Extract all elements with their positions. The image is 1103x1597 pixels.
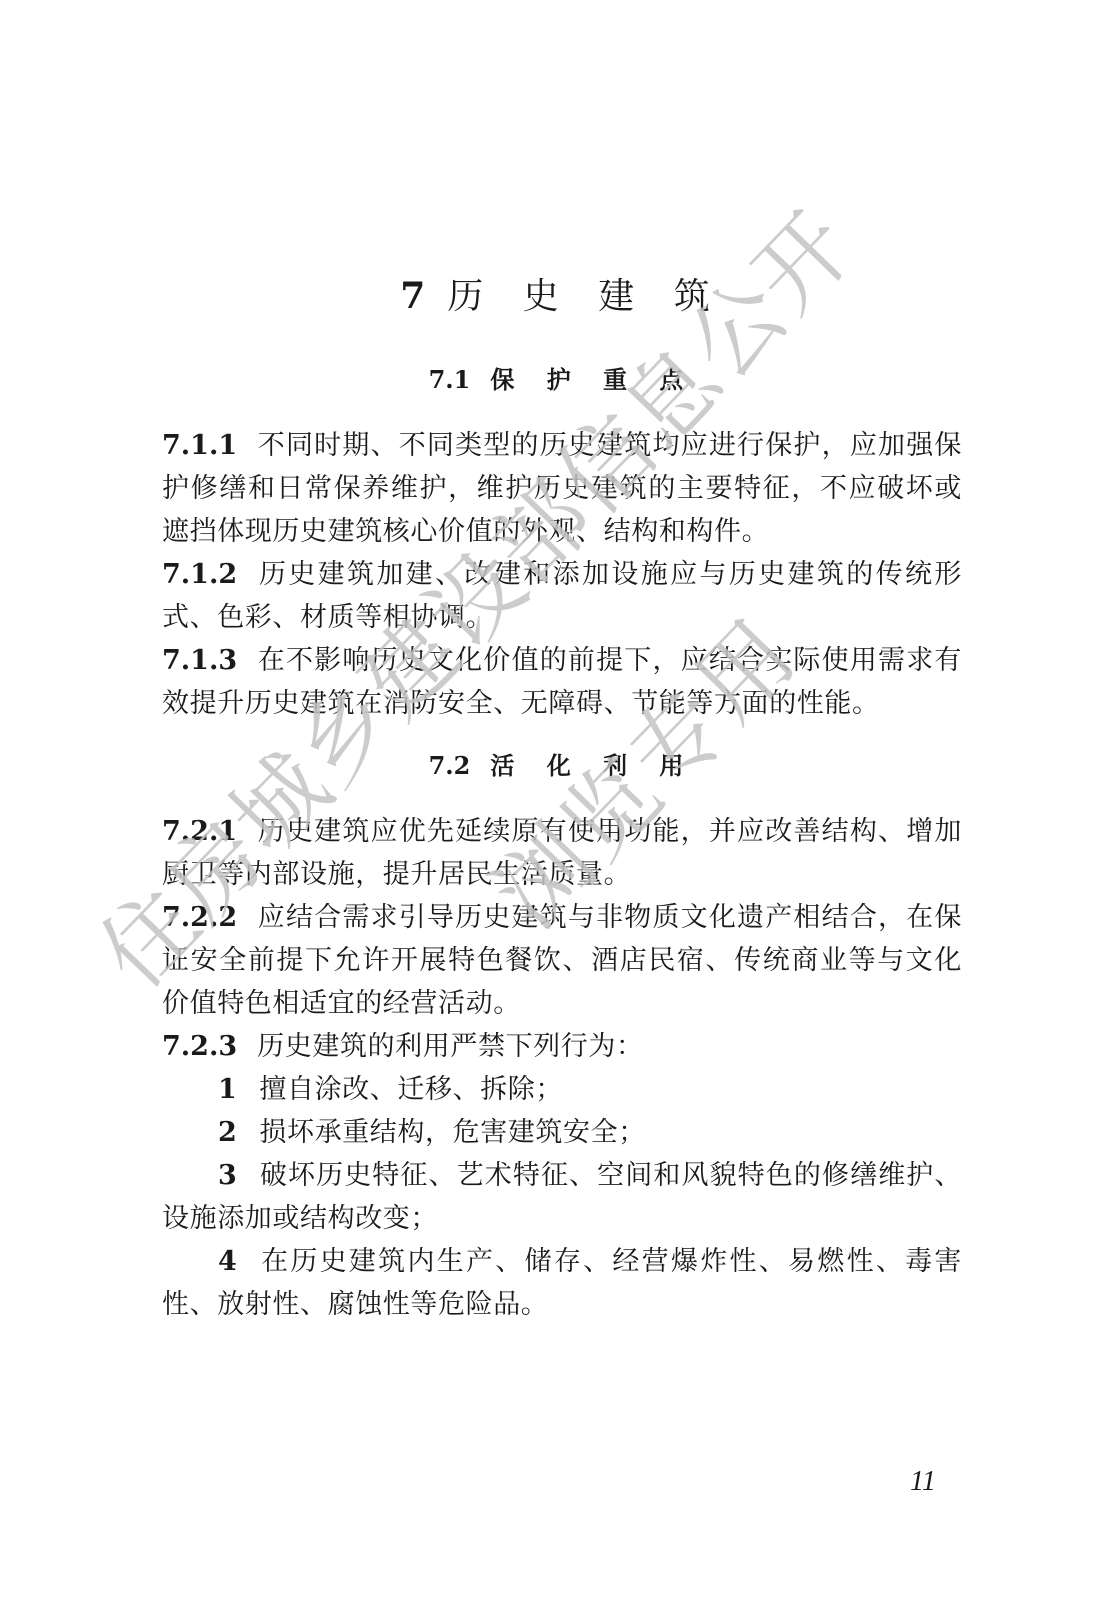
clause-text: 历史建筑加建、改建和添加设施应与历史建筑的传统形式、色彩、材质等相协调。 — [162, 559, 962, 633]
clause-7-1-3: 7.1.3在不影响历史文化价值的前提下，应结合实际使用需求有效提升历史建筑在消防… — [162, 639, 962, 725]
clause-7-1-2: 7.1.2历史建筑加建、改建和添加设施应与历史建筑的传统形式、色彩、材质等相协调… — [162, 553, 962, 639]
section-number: 7.2 — [429, 751, 471, 780]
clause-text: 应结合需求引导历史建筑与非物质文化遗产相结合，在保证安全前提下允许开展特色餐饮、… — [162, 902, 962, 1019]
clause-text: 历史建筑应优先延续原有使用功能，并应改善结构、增加厨卫等内部设施，提升居民生活质… — [162, 816, 962, 890]
section-number: 7.1 — [429, 365, 471, 394]
page-number: 11 — [910, 1466, 936, 1498]
list-item-number: 4 — [218, 1246, 237, 1277]
clause-number: 7.1.3 — [162, 645, 237, 676]
list-item-1: 1擅自涂改、迁移、拆除； — [162, 1068, 962, 1111]
list-item-2: 2损坏承重结构，危害建筑安全； — [162, 1111, 962, 1154]
clause-text: 不同时期、不同类型的历史建筑均应进行保护，应加强保护修缮和日常保养维护，维护历史… — [162, 430, 962, 547]
list-item-number: 1 — [218, 1074, 237, 1105]
list-item-text: 在历史建筑内生产、储存、经营爆炸性、易燃性、毒害性、放射性、腐蚀性等危险品。 — [162, 1246, 962, 1320]
document-page: 7历 史 建 筑 7.1保 护 重 点 7.1.1不同时期、不同类型的历史建筑均… — [0, 0, 1103, 1597]
chapter-title-text: 历 史 建 筑 — [447, 276, 723, 317]
list-item-3: 3破坏历史特征、艺术特征、空间和风貌特色的修缮维护、设施添加或结构改变； — [162, 1154, 962, 1240]
clause-text: 历史建筑的利用严禁下列行为： — [257, 1031, 643, 1062]
clause-7-2-3: 7.2.3历史建筑的利用严禁下列行为： — [162, 1025, 962, 1068]
clause-number: 7.2.2 — [162, 902, 237, 933]
clause-7-2-1: 7.2.1历史建筑应优先延续原有使用功能，并应改善结构、增加厨卫等内部设施，提升… — [162, 810, 962, 896]
list-item-number: 3 — [218, 1160, 237, 1191]
list-item-text: 破坏历史特征、艺术特征、空间和风貌特色的修缮维护、设施添加或结构改变； — [162, 1160, 962, 1234]
section-title-text: 保 护 重 点 — [490, 366, 695, 394]
list-item-text: 擅自涂改、迁移、拆除； — [259, 1074, 563, 1105]
clause-number: 7.1.2 — [162, 559, 237, 590]
clause-7-2-2: 7.2.2应结合需求引导历史建筑与非物质文化遗产相结合，在保证安全前提下允许开展… — [162, 896, 962, 1025]
clause-text: 在不影响历史文化价值的前提下，应结合实际使用需求有效提升历史建筑在消防安全、无障… — [162, 645, 962, 719]
section-title-7-2: 7.2活 化 利 用 — [162, 748, 962, 784]
clause-number: 7.2.3 — [162, 1031, 237, 1062]
chapter-number: 7 — [400, 275, 425, 317]
section-title-7-1: 7.1保 护 重 点 — [162, 362, 962, 398]
list-item-number: 2 — [218, 1117, 237, 1148]
list-item-text: 损坏承重结构，危害建筑安全； — [259, 1117, 645, 1148]
chapter-title: 7历 史 建 筑 — [162, 268, 962, 325]
clause-7-1-1: 7.1.1不同时期、不同类型的历史建筑均应进行保护，应加强保护修缮和日常保养维护… — [162, 424, 962, 553]
clause-number: 7.2.1 — [162, 816, 237, 847]
clause-number: 7.1.1 — [162, 430, 237, 461]
list-item-4: 4在历史建筑内生产、储存、经营爆炸性、易燃性、毒害性、放射性、腐蚀性等危险品。 — [162, 1240, 962, 1326]
section-title-text: 活 化 利 用 — [490, 752, 695, 780]
